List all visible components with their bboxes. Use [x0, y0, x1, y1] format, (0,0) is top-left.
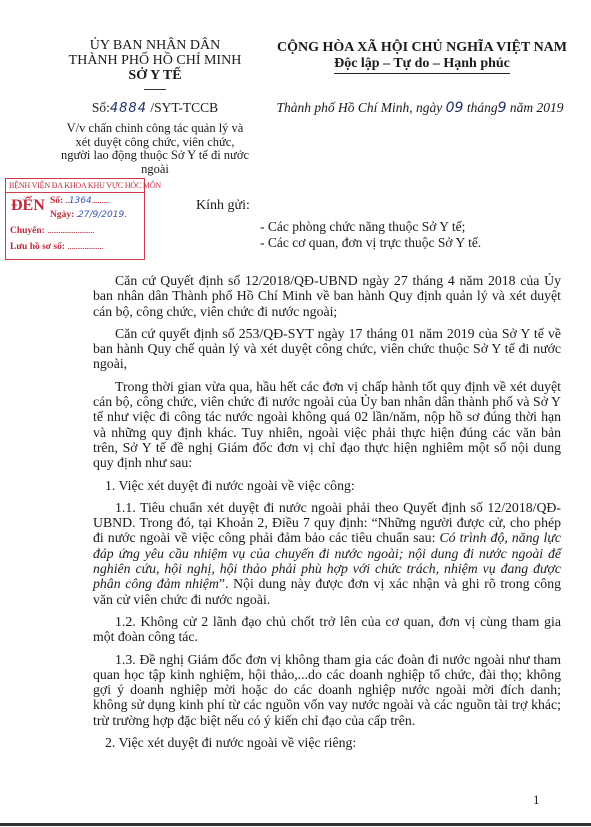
document-number: Số:4884 /SYT-TCCB	[60, 100, 250, 116]
recipients-label: Kính gửi:	[196, 198, 250, 214]
paragraph-1-3: 1.3. Đề nghị Giám đốc đơn vị không tham …	[93, 652, 561, 728]
issuer-divider	[144, 89, 166, 90]
paragraph-legal-basis-1: Căn cứ Quyết định số 12/2018/QĐ-UBND ngà…	[93, 273, 561, 319]
stamp-title: BỆNH VIỆN ĐA KHOA KHU VỰC HÓC MÔN	[6, 179, 144, 193]
stamp-luu-ho-so: Lưu hồ sơ số: ...................	[10, 242, 103, 252]
paragraph-1-1: 1.1. Tiêu chuẩn xét duyệt đi nước ngoài …	[93, 500, 561, 607]
issuer-line-2: THÀNH PHỐ HỒ CHÍ MINH	[60, 53, 250, 68]
paragraph-context: Trong thời gian vừa qua, hầu hết các đơn…	[93, 379, 561, 471]
handwritten-month: 9	[498, 100, 507, 116]
recipient-item: - Các phòng chức năng thuộc Sở Y tế;	[260, 219, 481, 235]
stamp-ngay: Ngày: .27/9/2019.	[50, 210, 126, 220]
issuer-line-1: ỦY BAN NHÂN DÂN	[60, 38, 250, 53]
document-date: Thành phố Hồ Chí Minh, ngày 09 tháng9 nă…	[260, 100, 580, 116]
recipients-list: - Các phòng chức năng thuộc Sở Y tế; - C…	[260, 219, 481, 251]
stamp-so: Số: ..1364.........	[50, 196, 109, 206]
recipient-item: - Các cơ quan, đơn vị trực thuộc Sở Y tế…	[260, 235, 481, 251]
received-stamp: BỆNH VIỆN ĐA KHOA KHU VỰC HÓC MÔN ĐẾN Số…	[5, 178, 145, 260]
document-subject: V/v chấn chỉnh công tác quản lý và xét d…	[60, 122, 250, 176]
page-number: 1	[533, 792, 540, 808]
handwritten-day: 09	[446, 100, 464, 116]
stamp-chuyen: Chuyển: .........................	[10, 226, 94, 236]
handwritten-number: 4884	[110, 101, 147, 116]
national-motto: Độc lập – Tự do – Hạnh phúc	[334, 56, 510, 74]
page-bottom-border	[0, 823, 591, 826]
issuer-block: ỦY BAN NHÂN DÂN THÀNH PHỐ HỒ CHÍ MINH SỞ…	[60, 38, 250, 176]
issuer-line-3: SỞ Y TẾ	[60, 68, 250, 83]
section-heading-2: 2. Việc xét duyệt đi nước ngoài về việc …	[93, 735, 561, 750]
national-title: CỘNG HÒA XÃ HỘI CHỦ NGHĨA VIỆT NAM	[262, 40, 582, 56]
document-body: Căn cứ Quyết định số 12/2018/QĐ-UBND ngà…	[93, 273, 561, 757]
paragraph-legal-basis-2: Căn cứ quyết định số 253/QĐ-SYT ngày 17 …	[93, 326, 561, 372]
paragraph-1-2: 1.2. Không cử 2 lãnh đạo chủ chốt trở lê…	[93, 614, 561, 645]
section-heading-1: 1. Việc xét duyệt đi nước ngoài về việc …	[93, 478, 561, 493]
stamp-den: ĐẾN	[11, 197, 45, 215]
national-header: CỘNG HÒA XÃ HỘI CHỦ NGHĨA VIỆT NAM Độc l…	[262, 40, 582, 74]
